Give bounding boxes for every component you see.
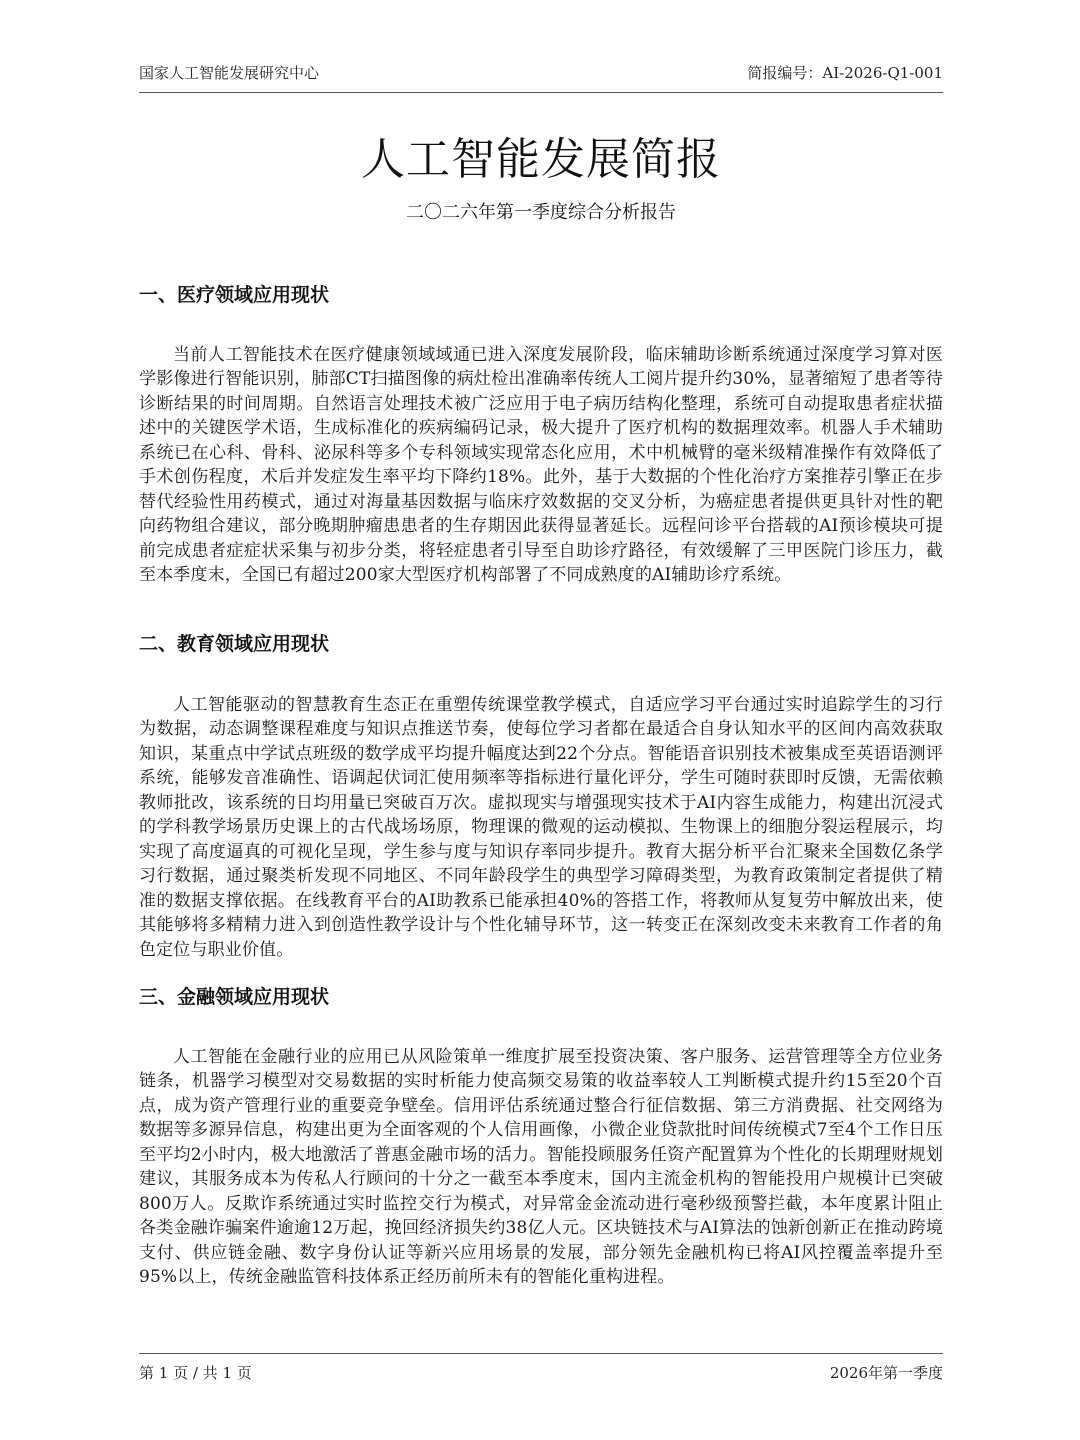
section-heading: 三、金融领域应用现状 bbox=[139, 984, 943, 1010]
page-indicator: 第 1 页 / 共 1 页 bbox=[139, 1362, 252, 1383]
page-header: 国家人工智能发展研究中心 简报编号：AI-2026-Q1-001 bbox=[139, 62, 943, 83]
header-divider bbox=[139, 92, 943, 93]
document-title: 人工智能发展简报 bbox=[139, 130, 943, 190]
section-body: 人工智能驱动的智慧教育生态正在重塑传统课堂教学模式，自适应学习平台通过实时追踪学… bbox=[139, 693, 943, 962]
report-period: 2026年第一季度 bbox=[830, 1362, 943, 1383]
section-body: 人工智能在金融行业的应用已从风险策单一维度扩展至投资决策、客户服务、运营管理等全… bbox=[139, 1045, 943, 1290]
organization-name: 国家人工智能发展研究中心 bbox=[139, 62, 319, 83]
page-footer: 第 1 页 / 共 1 页 2026年第一季度 bbox=[139, 1362, 943, 1383]
footer-divider bbox=[139, 1353, 943, 1354]
section-education: 二、教育领域应用现状 人工智能驱动的智慧教育生态正在重塑传统课堂教学模式，自适应… bbox=[139, 631, 943, 962]
document-page: 国家人工智能发展研究中心 简报编号：AI-2026-Q1-001 人工智能发展简… bbox=[139, 0, 943, 1440]
section-heading: 二、教育领域应用现状 bbox=[139, 631, 943, 657]
document-subtitle: 二〇二六年第一季度综合分析报告 bbox=[139, 200, 943, 226]
section-finance: 三、金融领域应用现状 人工智能在金融行业的应用已从风险策单一维度扩展至投资决策、… bbox=[139, 984, 943, 1290]
section-healthcare: 一、医疗领域应用现状 当前人工智能技术在医疗健康领域域通已进入深度发展阶段，临床… bbox=[139, 282, 943, 588]
section-heading: 一、医疗领域应用现状 bbox=[139, 282, 943, 308]
section-body: 当前人工智能技术在医疗健康领域域通已进入深度发展阶段，临床辅助诊断系统通过深度学… bbox=[139, 343, 943, 588]
report-number: 简报编号：AI-2026-Q1-001 bbox=[747, 62, 943, 83]
